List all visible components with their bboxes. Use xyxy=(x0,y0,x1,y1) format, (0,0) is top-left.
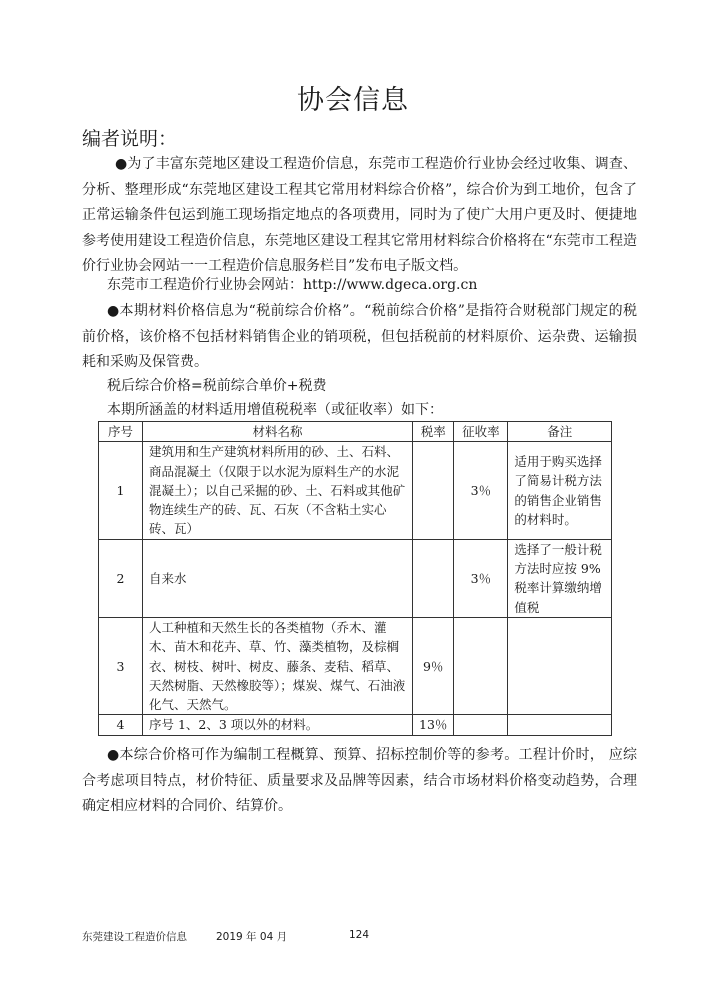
header-name: 材料名称 xyxy=(143,422,413,442)
cell-name: 建筑用和生产建筑材料所用的砂、土、石料、商品混凝土（仅限于以水泥为原料生产的水泥… xyxy=(143,442,413,539)
cell-note: 选择了一般计税方法时应按 9%税率计算缴纳增值税 xyxy=(508,539,612,617)
header-no: 序号 xyxy=(99,422,143,442)
reference-paragraph: ●本综合价格可作为编制工程概算、预算、招标控制价等的参考。工程计价时， 应综合考… xyxy=(82,743,637,820)
cell-note: 适用于购买选择了简易计税方法的销售企业销售的材料时。 xyxy=(508,442,612,539)
cell-no: 1 xyxy=(99,442,143,539)
cell-note xyxy=(508,617,612,714)
cell-levy: 3％ xyxy=(454,442,508,539)
table-row: 3 人工种植和天然生长的各类植物（乔木、灌木、苗木和花卉、草、竹、藻类植物，及棕… xyxy=(99,617,612,714)
page-title: 协会信息 xyxy=(0,78,706,117)
cell-tax: 9％ xyxy=(413,617,454,714)
footer-page-number: 124 xyxy=(349,929,369,941)
cell-name: 序号 1、2、3 项以外的材料。 xyxy=(143,715,413,735)
header-levy: 征收率 xyxy=(454,422,508,442)
cell-no: 4 xyxy=(99,715,143,735)
pricing-paragraph: ●本期材料价格信息为“税前综合价格”。“税前综合价格”是指符合财税部门规定的税前… xyxy=(82,299,637,376)
editor-note-heading: 编者说明： xyxy=(82,124,177,151)
cell-levy: 3％ xyxy=(454,539,508,617)
tax-rate-table: 序号 材料名称 税率 征收率 备注 1 建筑用和生产建筑材料所用的砂、土、石料、… xyxy=(98,421,612,736)
table-row: 2 自来水 3％ 选择了一般计税方法时应按 9%税率计算缴纳增值税 xyxy=(99,539,612,617)
footer-publication: 东莞建设工程造价信息 xyxy=(82,929,187,944)
cell-tax: 13％ xyxy=(413,715,454,735)
table-row: 4 序号 1、2、3 项以外的材料。 13％ xyxy=(99,715,612,735)
header-tax: 税率 xyxy=(413,422,454,442)
cell-note xyxy=(508,715,612,735)
header-note: 备注 xyxy=(508,422,612,442)
cell-name: 自来水 xyxy=(143,539,413,617)
cell-no: 3 xyxy=(99,617,143,714)
table-intro: 本期所涵盖的材料适用增值税税率（或征收率）如下： xyxy=(107,398,443,423)
cell-tax xyxy=(413,442,454,539)
website-line: 东莞市工程造价行业协会网站：http://www.dgeca.org.cn xyxy=(107,273,477,298)
table-header-row: 序号 材料名称 税率 征收率 备注 xyxy=(99,422,612,442)
cell-no: 2 xyxy=(99,539,143,617)
cell-tax xyxy=(413,539,454,617)
cell-levy xyxy=(454,715,508,735)
table-row: 1 建筑用和生产建筑材料所用的砂、土、石料、商品混凝土（仅限于以水泥为原料生产的… xyxy=(99,442,612,539)
cell-levy xyxy=(454,617,508,714)
cell-name: 人工种植和天然生长的各类植物（乔木、灌木、苗木和花卉、草、竹、藻类植物，及棕榈衣… xyxy=(143,617,413,714)
footer-date: 2019 年 04 月 xyxy=(216,929,287,944)
intro-paragraph: ●为了丰富东莞地区建设工程造价信息，东莞市工程造价行业协会经过收集、调查、分析、… xyxy=(82,152,637,280)
formula-line: 税后综合价格=税前综合单价+税费 xyxy=(107,374,326,399)
